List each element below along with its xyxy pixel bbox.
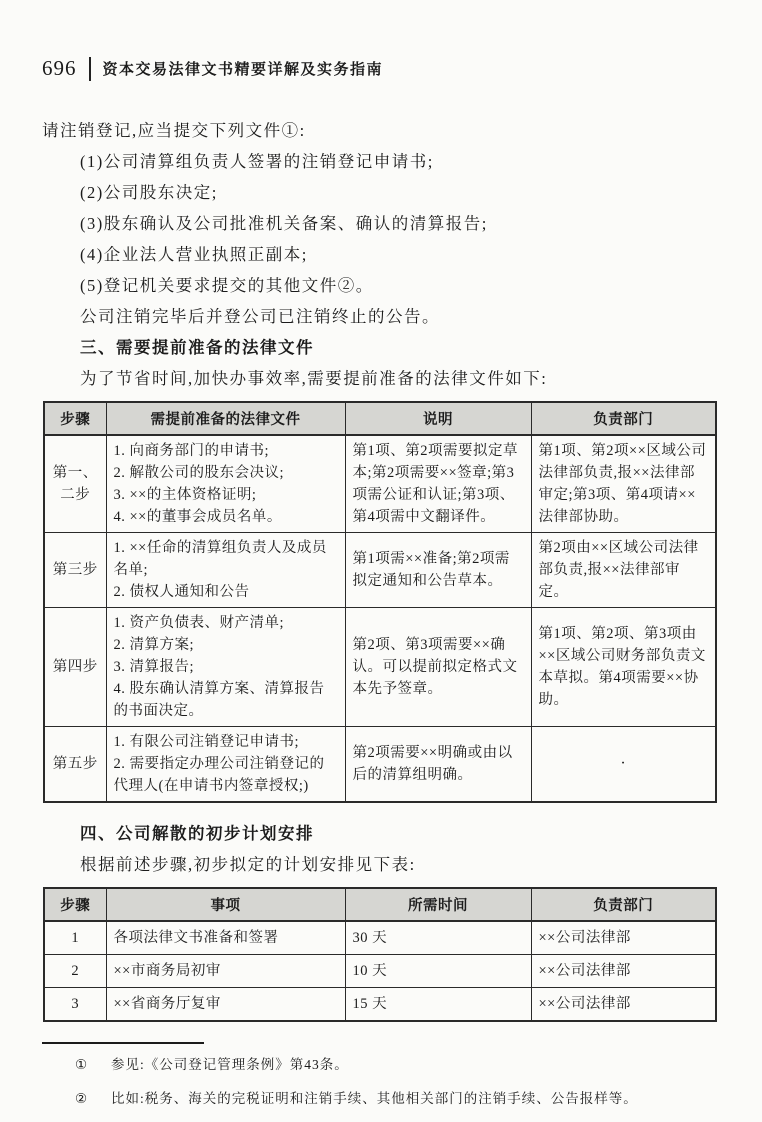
paragraph-closing: 公司注销完毕后并登公司已注销终止的公告。 bbox=[42, 301, 718, 332]
book-page: 696 资本交易法律文书精要详解及实务指南 请注销登记,应当提交下列文件①: (… bbox=[0, 0, 762, 1122]
footnote-2-marker: ② bbox=[75, 1086, 111, 1112]
footnotes-section: ① 参见:《公司登记管理条例》第43条。 ② 比如:税务、海关的完税证明和注销手… bbox=[42, 1042, 718, 1112]
col-header-department: 负责部门 bbox=[531, 402, 716, 435]
cell-department: ××公司法律部 bbox=[531, 988, 716, 1022]
col-header-explanation: 说明 bbox=[345, 402, 531, 435]
list-item-4: (4)企业法人营业执照正副本; bbox=[42, 239, 718, 270]
cell-step: 第四步 bbox=[44, 608, 106, 727]
table-row: 2 ××市商务局初审 10 天 ××公司法律部 bbox=[44, 955, 716, 988]
cell-explanation: 第1项需××准备;第2项需拟定通知和公告草本。 bbox=[345, 533, 531, 608]
table-row: 3 ××省商务厅复审 15 天 ××公司法律部 bbox=[44, 988, 716, 1022]
section-three-lead: 为了节省时间,加快办事效率,需要提前准备的法律文件如下: bbox=[42, 363, 718, 394]
table-row: 第五步 1. 有限公司注销登记申请书; 2. 需要指定办理公司注销登记的代理人(… bbox=[44, 727, 716, 803]
cell-documents: 1. ××任命的清算组负责人及成员名单; 2. 债权人通知和公告 bbox=[106, 533, 345, 608]
footnote-1-marker: ① bbox=[75, 1052, 111, 1078]
footnote-1: ① 参见:《公司登记管理条例》第43条。 bbox=[42, 1052, 718, 1078]
cell-step: 3 bbox=[44, 988, 106, 1022]
cell-explanation: 第1项、第2项需要拟定草本;第2项需要××签章;第3项需公证和认证;第3项、第4… bbox=[345, 435, 531, 533]
cell-item: 各项法律文书准备和签署 bbox=[106, 921, 345, 955]
plan-schedule-table: 步骤 事项 所需时间 负责部门 1 各项法律文书准备和签署 30 天 ××公司法… bbox=[43, 887, 717, 1022]
footnote-2: ② 比如:税务、海关的完税证明和注销手续、其他相关部门的注销手续、公告报样等。 bbox=[42, 1086, 718, 1112]
list-item-5: (5)登记机关要求提交的其他文件②。 bbox=[42, 270, 718, 301]
plan-table-header-row: 步骤 事项 所需时间 负责部门 bbox=[44, 888, 716, 921]
table-row: 第一、 二步 1. 向商务部门的申请书; 2. 解散公司的股东会决议; 3. ×… bbox=[44, 435, 716, 533]
cell-documents: 1. 资产负债表、财产清单; 2. 清算方案; 3. 清算报告; 4. 股东确认… bbox=[106, 608, 345, 727]
section-four-lead: 根据前述步骤,初步拟定的计划安排见下表: bbox=[42, 849, 718, 880]
cell-explanation: 第2项需要××明确或由以后的清算组明确。 bbox=[345, 727, 531, 803]
cell-explanation: 第2项、第3项需要××确认。可以提前拟定格式文本先予签章。 bbox=[345, 608, 531, 727]
footnote-divider bbox=[42, 1042, 204, 1044]
col-header-department: 负责部门 bbox=[531, 888, 716, 921]
prep-documents-table: 步骤 需提前准备的法律文件 说明 负责部门 第一、 二步 1. 向商务部门的申请… bbox=[43, 401, 717, 803]
cell-item: ××省商务厅复审 bbox=[106, 988, 345, 1022]
page-header: 696 资本交易法律文书精要详解及实务指南 bbox=[0, 0, 762, 81]
cell-department: · bbox=[531, 727, 716, 803]
paragraph-opening: 请注销登记,应当提交下列文件①: bbox=[42, 115, 718, 146]
cell-department: 第2项由××区域公司法律部负责,报××法律部审定。 bbox=[531, 533, 716, 608]
cell-documents: 1. 有限公司注销登记申请书; 2. 需要指定办理公司注销登记的代理人(在申请书… bbox=[106, 727, 345, 803]
header-divider bbox=[89, 57, 91, 81]
section-three-heading: 三、需要提前准备的法律文件 bbox=[42, 332, 718, 363]
cell-department: 第1项、第2项××区域公司法律部负责,报××法律部审定;第3项、第4项请××法律… bbox=[531, 435, 716, 533]
prep-table-header-row: 步骤 需提前准备的法律文件 说明 负责部门 bbox=[44, 402, 716, 435]
cell-department: ××公司法律部 bbox=[531, 955, 716, 988]
table-row: 第三步 1. ××任命的清算组负责人及成员名单; 2. 债权人通知和公告 第1项… bbox=[44, 533, 716, 608]
page-body: 请注销登记,应当提交下列文件①: (1)公司清算组负责人签署的注销登记申请书; … bbox=[0, 81, 762, 1112]
cell-time: 30 天 bbox=[345, 921, 531, 955]
col-header-documents: 需提前准备的法律文件 bbox=[106, 402, 345, 435]
table-row: 第四步 1. 资产负债表、财产清单; 2. 清算方案; 3. 清算报告; 4. … bbox=[44, 608, 716, 727]
section-four-heading: 四、公司解散的初步计划安排 bbox=[42, 818, 718, 849]
footnote-1-text: 参见:《公司登记管理条例》第43条。 bbox=[111, 1052, 349, 1078]
book-title: 资本交易法律文书精要详解及实务指南 bbox=[103, 58, 384, 79]
col-header-item: 事项 bbox=[106, 888, 345, 921]
cell-department: ××公司法律部 bbox=[531, 921, 716, 955]
cell-time: 10 天 bbox=[345, 955, 531, 988]
cell-step: 第一、 二步 bbox=[44, 435, 106, 533]
cell-time: 15 天 bbox=[345, 988, 531, 1022]
col-header-step: 步骤 bbox=[44, 888, 106, 921]
list-item-1: (1)公司清算组负责人签署的注销登记申请书; bbox=[42, 146, 718, 177]
cell-step: 2 bbox=[44, 955, 106, 988]
cell-step: 1 bbox=[44, 921, 106, 955]
cell-department: 第1项、第2项、第3项由××区域公司财务部负责文本草拟。第4项需要××协助。 bbox=[531, 608, 716, 727]
col-header-time: 所需时间 bbox=[345, 888, 531, 921]
list-item-2: (2)公司股东决定; bbox=[42, 177, 718, 208]
cell-step: 第五步 bbox=[44, 727, 106, 803]
cell-item: ××市商务局初审 bbox=[106, 955, 345, 988]
cell-step: 第三步 bbox=[44, 533, 106, 608]
page-number: 696 bbox=[42, 56, 77, 81]
footnote-2-text: 比如:税务、海关的完税证明和注销手续、其他相关部门的注销手续、公告报样等。 bbox=[111, 1086, 638, 1112]
cell-documents: 1. 向商务部门的申请书; 2. 解散公司的股东会决议; 3. ××的主体资格证… bbox=[106, 435, 345, 533]
table-row: 1 各项法律文书准备和签署 30 天 ××公司法律部 bbox=[44, 921, 716, 955]
col-header-step: 步骤 bbox=[44, 402, 106, 435]
list-item-3: (3)股东确认及公司批准机关备案、确认的清算报告; bbox=[42, 208, 718, 239]
